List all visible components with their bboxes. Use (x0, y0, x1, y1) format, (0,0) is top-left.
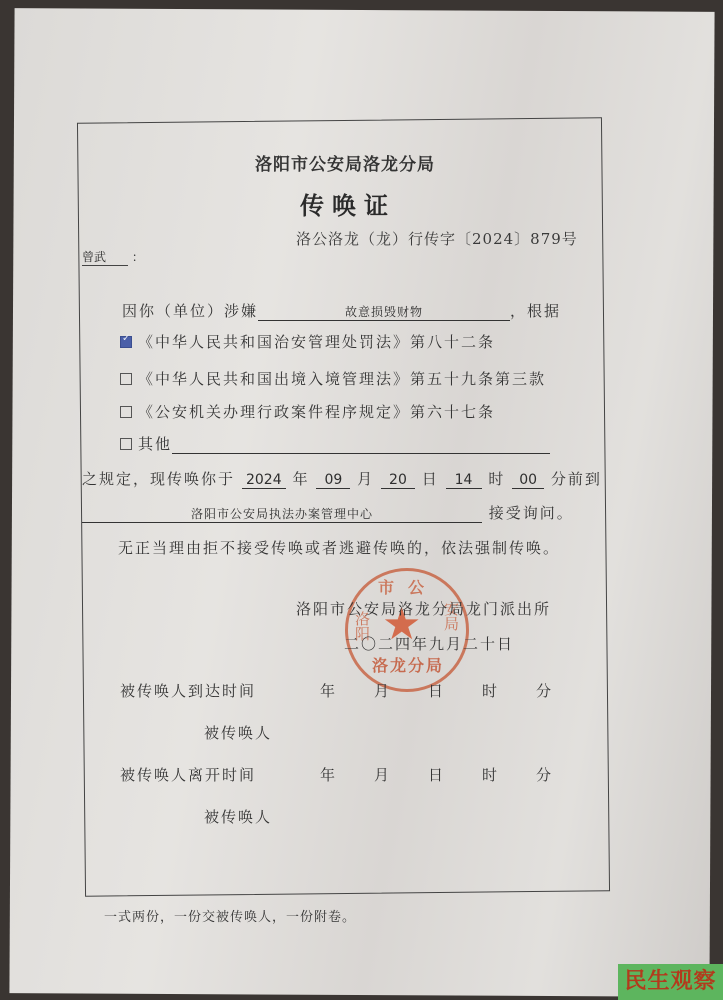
year-value: 2024 (242, 472, 286, 489)
legal-basis-item: 《中华人民共和国出境入境管理法》第五十九条第三款 (120, 368, 546, 389)
document-title: 传唤证 (300, 186, 396, 221)
recipient-line: 曾武 ： (82, 248, 144, 266)
legal-basis-item: 《中华人民共和国治安管理处罚法》第八十二条 (120, 331, 495, 352)
recipient-colon: ： (132, 250, 144, 264)
seal-bottom-text: 洛龙分局 (372, 653, 444, 676)
legal-basis-item: 《公安机关办理行政案件程序规定》第六十七条 (120, 401, 495, 422)
reason-line: 因你（单位）涉嫌故意损毁财物，根据 (122, 300, 561, 321)
issuing-organization: 洛阳市公安局洛龙分局 (255, 150, 435, 175)
departure-signature-label: 被传唤人 (204, 806, 272, 827)
checkbox-checked[interactable] (120, 336, 132, 348)
checkbox-unchecked[interactable] (120, 373, 132, 385)
departure-time-units: 年 月 日 时 分 (320, 764, 554, 785)
legal-basis-label: 《中华人民共和国出境入境管理法》第五十九条第三款 (138, 370, 546, 388)
departure-time-label: 被传唤人离开时间 (120, 764, 256, 785)
location-suffix: 接受询问。 (489, 504, 574, 522)
day-value: 20 (381, 472, 415, 489)
legal-basis-label: 《公安机关办理行政案件程序规定》第六十七条 (138, 403, 495, 421)
recipient-name: 曾武 (82, 248, 128, 266)
reason-value: 故意损毁财物 (258, 303, 510, 321)
day-label: 日 (422, 470, 439, 488)
issue-date: 二〇二四年九月二十日 (344, 633, 514, 654)
hour-label: 时 (488, 470, 505, 488)
reason-prefix: 因你（单位）涉嫌 (122, 302, 258, 320)
other-basis-field[interactable] (172, 435, 550, 454)
document-number: 洛公洛龙（龙）行传字〔2024〕879号 (296, 228, 578, 249)
arrival-time-label: 被传唤人到达时间 (120, 680, 256, 701)
location-line: 洛阳市公安局执法办案管理中心 接受询问。 (82, 502, 574, 523)
summons-prefix: 之规定，现传唤你于 (82, 470, 235, 488)
hour-value: 14 (446, 472, 482, 489)
legal-basis-label: 《中华人民共和国治安管理处罚法》第八十二条 (138, 333, 495, 351)
year-label: 年 (293, 470, 310, 488)
seal-top-text: 市公 (378, 575, 438, 598)
legal-basis-other: 其他 (120, 433, 550, 454)
footer-note: 一式两份，一份交被传唤人，一份附卷。 (104, 906, 356, 925)
month-label: 月 (357, 470, 374, 488)
month-value: 09 (316, 472, 350, 489)
legal-basis-label: 其他 (138, 435, 172, 453)
location-value: 洛阳市公安局执法办案管理中心 (82, 505, 482, 523)
official-seal: 市公 洛阳 安局 ★ 洛龙分局 (345, 568, 469, 692)
arrival-signature-label: 被传唤人 (204, 722, 272, 743)
issuer-name: 洛阳市公安局洛龙分局龙门派出所 (296, 598, 551, 619)
summons-time-line: 之规定，现传唤你于 2024 年 09 月 20 日 14 时 00 分前到 (82, 468, 602, 489)
warning-text: 无正当理由拒不接受传唤或者逃避传唤的，依法强制传唤。 (118, 537, 560, 558)
minute-value: 00 (512, 472, 544, 489)
checkbox-unchecked[interactable] (120, 406, 132, 418)
minute-label: 分前到 (551, 470, 602, 488)
reason-suffix: ，根据 (510, 302, 561, 320)
watermark-badge: 民生观察 (618, 964, 723, 1000)
arrival-time-units: 年 月 日 时 分 (320, 680, 554, 701)
checkbox-unchecked[interactable] (120, 438, 132, 450)
